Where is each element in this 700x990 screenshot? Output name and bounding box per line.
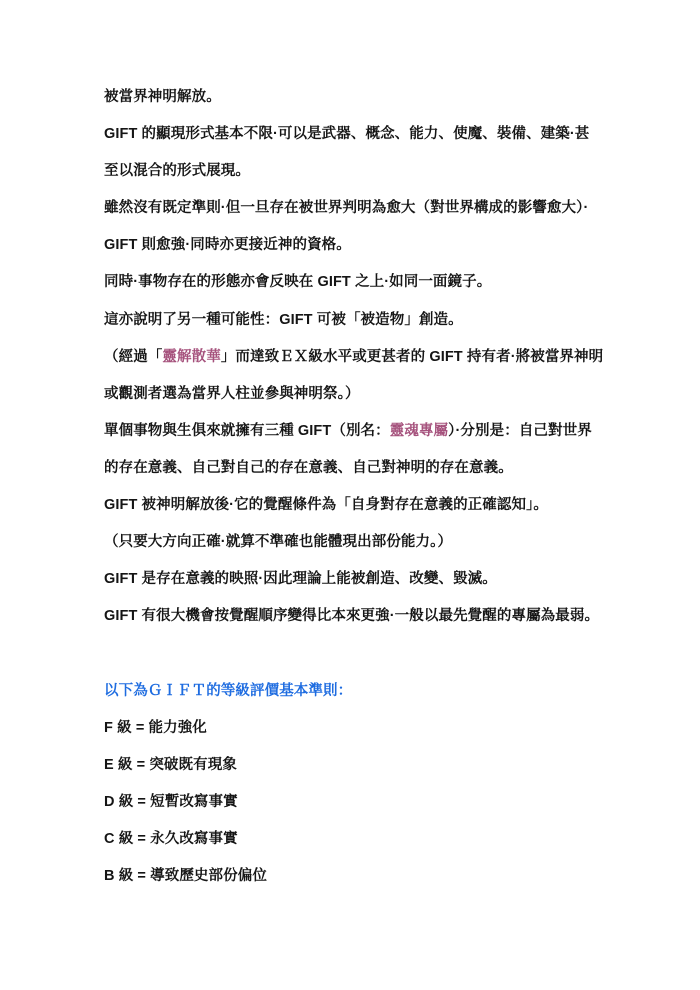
text-line: GIFT 被神明解放後·它的覺醒條件為「自身對存在意義的正確認知」。 <box>104 487 604 524</box>
body-text: 」而達致ＥＸ級水平或更甚者的 GIFT 持有者·將被當界神明 <box>221 349 603 365</box>
body-text: 被當界神明解放。 <box>104 89 221 105</box>
body-text: F 級 = 能力強化 <box>104 720 207 736</box>
body-text: 同時·事物存在的形態亦會反映在 GIFT 之上·如同一面鏡子。 <box>104 274 491 290</box>
text-line: （只要大方向正確·就算不準確也能體現出部份能力。） <box>104 524 604 561</box>
text-line: GIFT 是存在意義的映照·因此理論上能被創造、改變、毀滅。 <box>104 561 604 598</box>
document-page: 被當界神明解放。GIFT 的顯現形式基本不限·可以是武器、概念、能力、使魔、裝備… <box>0 0 700 990</box>
text-line: E 級 = 突破既有現象 <box>104 747 604 784</box>
body-text: 或觀測者選為當界人柱並參與神明祭。） <box>104 386 360 402</box>
highlighted-term: 靈解散華 <box>162 349 220 365</box>
text-line: GIFT 有很大機會按覺醒順序變得比本來更強·一般以最先覺醒的專屬為最弱。 <box>104 598 604 635</box>
text-line: 以下為ＧＩＦＴ的等級評價基本準則： <box>104 673 604 710</box>
body-text: 雖然沒有既定準則·但一旦存在被世界判明為愈大（對世界構成的影響愈大）· <box>104 200 588 216</box>
document-content: 被當界神明解放。GIFT 的顯現形式基本不限·可以是武器、概念、能力、使魔、裝備… <box>104 79 604 895</box>
body-text: C 級 = 永久改寫事實 <box>104 831 238 847</box>
text-line: B 級 = 導致歷史部份偏位 <box>104 858 604 895</box>
body-text: E 級 = 突破既有現象 <box>104 757 237 773</box>
text-line: D 級 = 短暫改寫事實 <box>104 784 604 821</box>
highlighted-term: 靈魂專屬 <box>390 423 448 439</box>
body-text: GIFT 被神明解放後·它的覺醒條件為「自身對存在意義的正確認知」。 <box>104 497 548 513</box>
body-text: （只要大方向正確·就算不準確也能體現出部份能力。） <box>104 534 452 550</box>
body-text: 單個事物與生俱來就擁有三種 GIFT（別名： <box>104 423 390 439</box>
text-line: 被當界神明解放。 <box>104 79 604 116</box>
text-line: C 級 = 永久改寫事實 <box>104 821 604 858</box>
body-text: （經過「 <box>104 349 162 365</box>
body-text: D 級 = 短暫改寫事實 <box>104 794 238 810</box>
text-line: GIFT 的顯現形式基本不限·可以是武器、概念、能力、使魔、裝備、建築·甚 <box>104 116 604 153</box>
text-line: 雖然沒有既定準則·但一旦存在被世界判明為愈大（對世界構成的影響愈大）· <box>104 190 604 227</box>
body-text: GIFT 是存在意義的映照·因此理論上能被創造、改變、毀滅。 <box>104 571 497 587</box>
text-line: GIFT 則愈強·同時亦更接近神的資格。 <box>104 227 604 264</box>
body-text: GIFT 有很大機會按覺醒順序變得比本來更強·一般以最先覺醒的專屬為最弱。 <box>104 608 599 624</box>
body-text: ）·分別是：自己對世界 <box>448 423 592 439</box>
body-text: 至以混合的形式展現。 <box>104 163 250 179</box>
body-text: GIFT 則愈強·同時亦更接近神的資格。 <box>104 237 351 253</box>
text-line: 至以混合的形式展現。 <box>104 153 604 190</box>
text-line: （經過「靈解散華」而達致ＥＸ級水平或更甚者的 GIFT 持有者·將被當界神明 <box>104 339 604 376</box>
text-line: 單個事物與生俱來就擁有三種 GIFT（別名：靈魂專屬）·分別是：自己對世界 <box>104 413 604 450</box>
text-line: 這亦說明了另一種可能性：GIFT 可被「被造物」創造。 <box>104 302 604 339</box>
text-line: 或觀測者選為當界人柱並參與神明祭。） <box>104 376 604 413</box>
blank-line <box>104 635 604 672</box>
body-text: GIFT 的顯現形式基本不限·可以是武器、概念、能力、使魔、裝備、建築·甚 <box>104 126 589 142</box>
text-line: 同時·事物存在的形態亦會反映在 GIFT 之上·如同一面鏡子。 <box>104 264 604 301</box>
section-heading: 以下為ＧＩＦＴ的等級評價基本準則： <box>104 683 352 699</box>
body-text: 的存在意義、自己對自己的存在意義、自己對神明的存在意義。 <box>104 460 513 476</box>
body-text: B 級 = 導致歷史部份偏位 <box>104 868 267 884</box>
text-line: 的存在意義、自己對自己的存在意義、自己對神明的存在意義。 <box>104 450 604 487</box>
text-line: F 級 = 能力強化 <box>104 710 604 747</box>
body-text: 這亦說明了另一種可能性：GIFT 可被「被造物」創造。 <box>104 312 463 328</box>
